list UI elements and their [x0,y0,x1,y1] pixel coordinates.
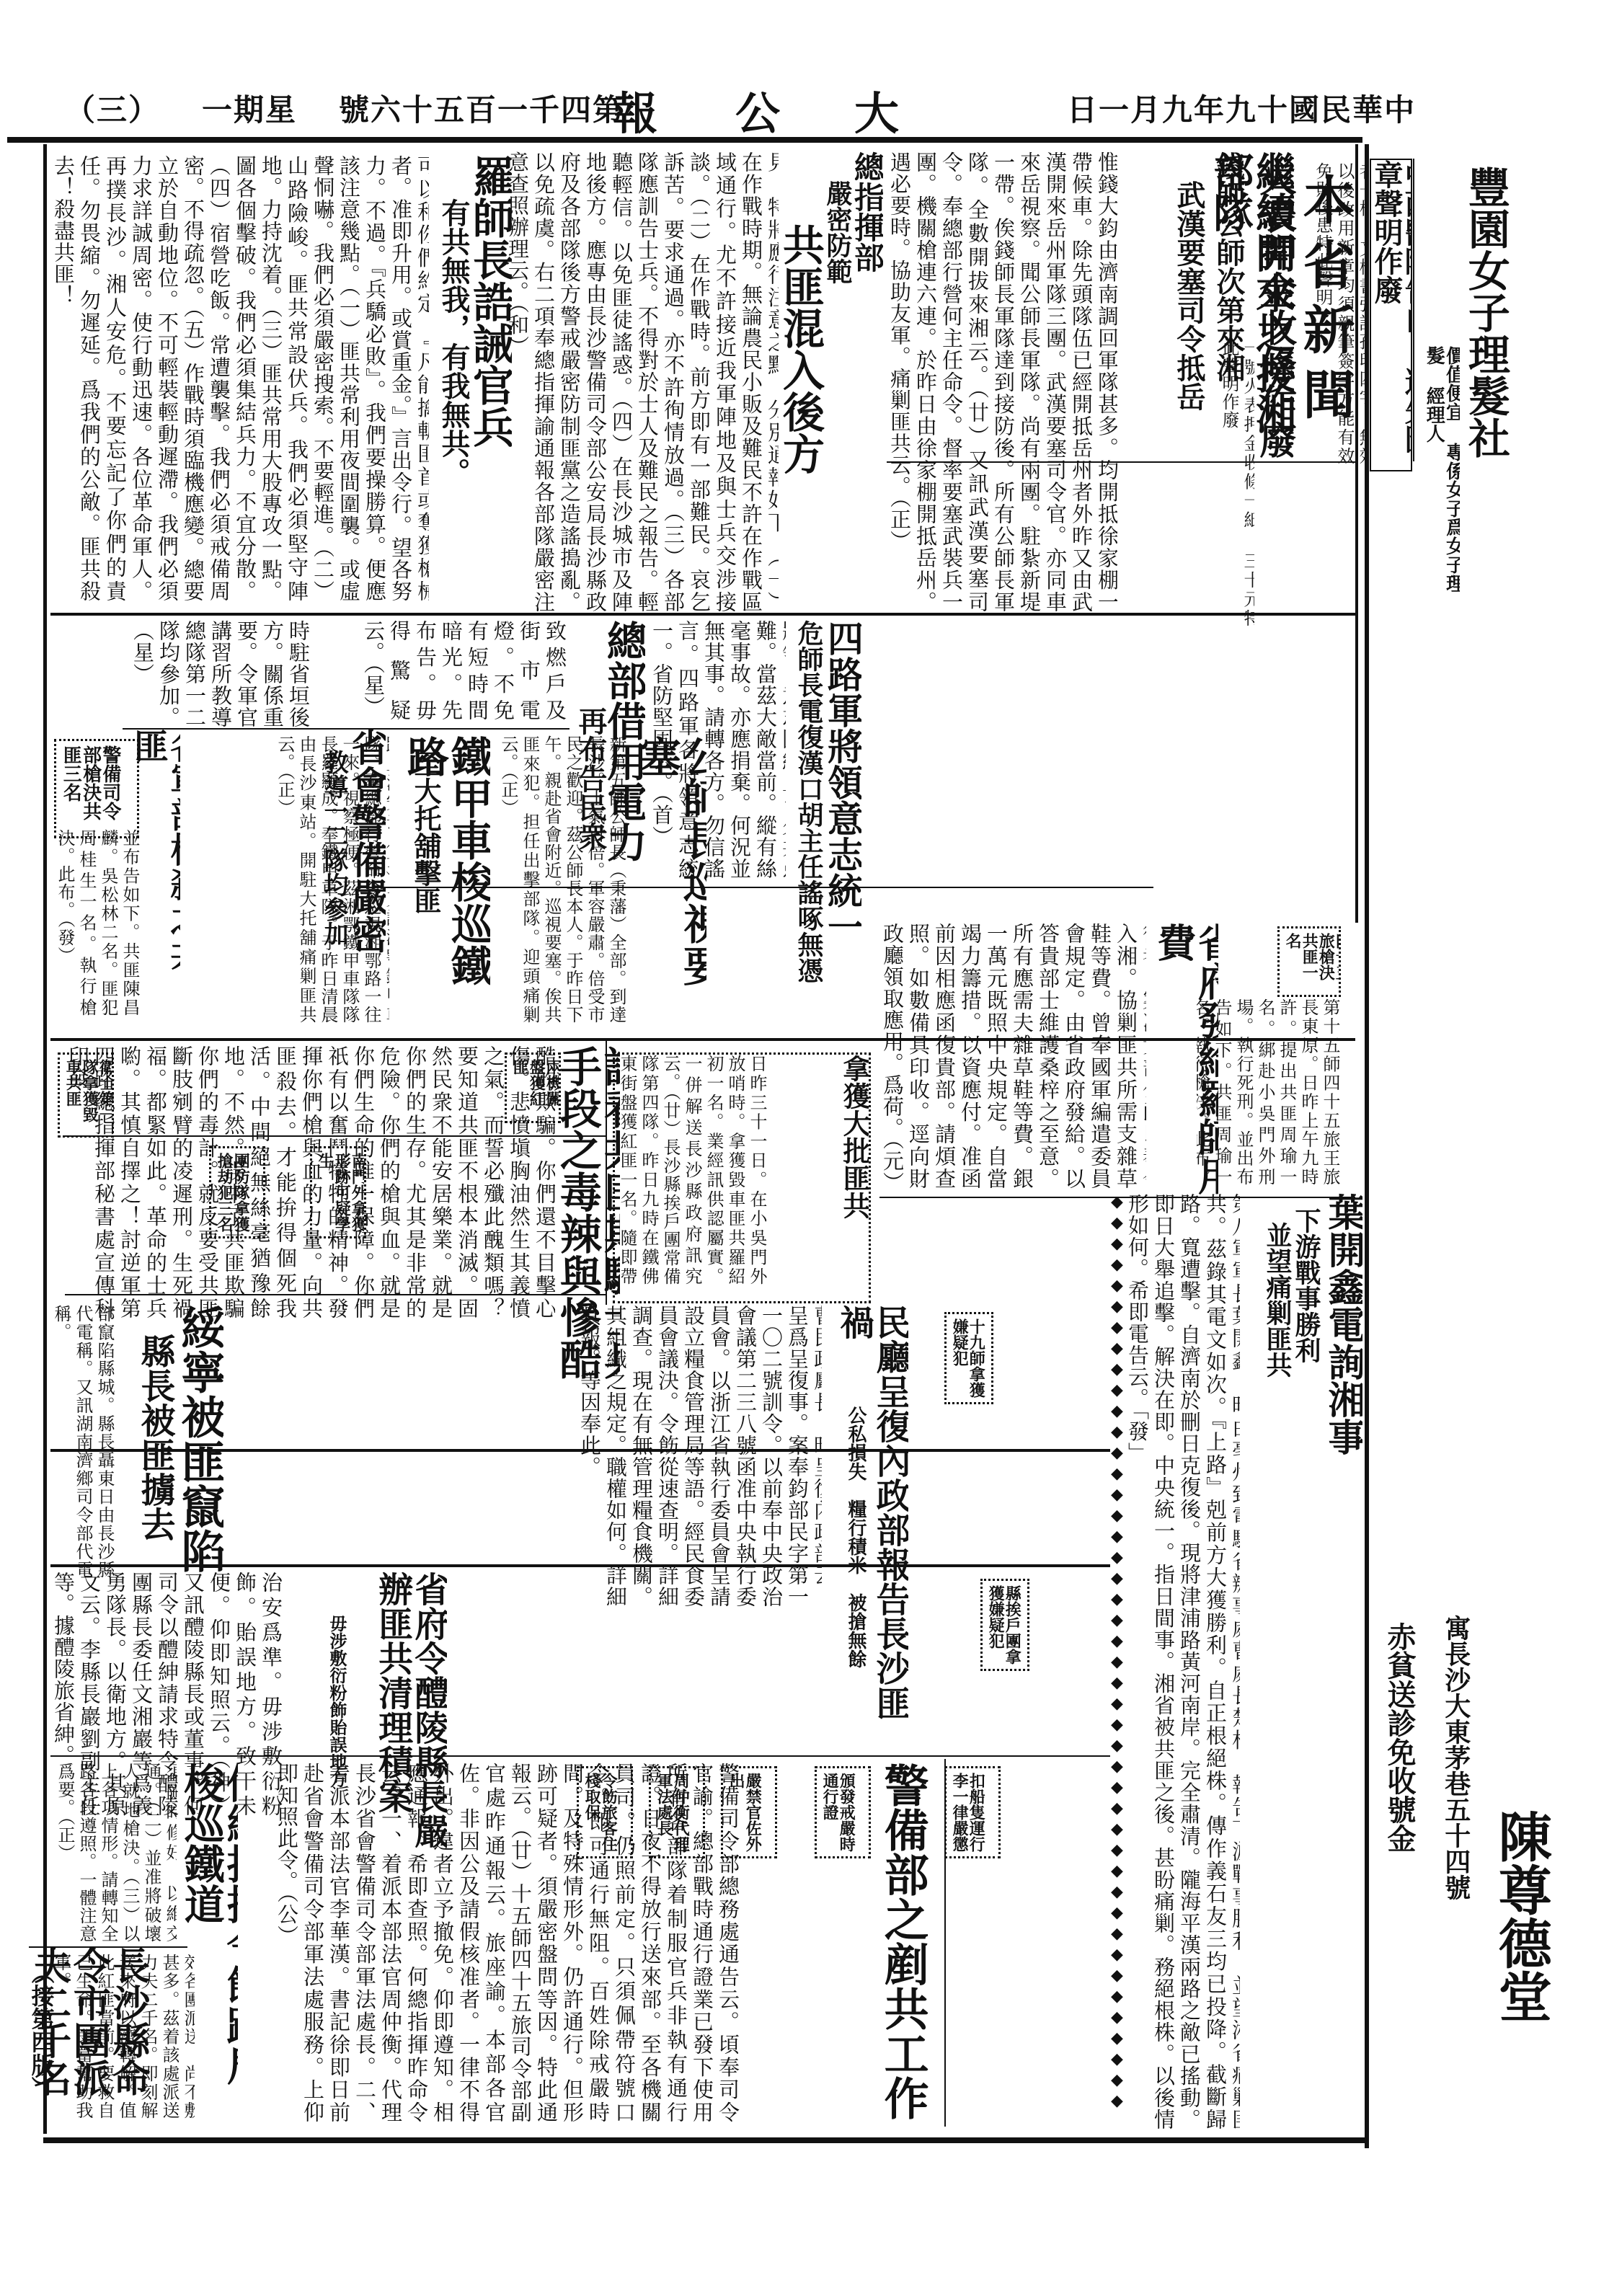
boxed-notice-text: 扣船隻運行李一律嚴懲 [951,1773,984,1852]
divider [887,461,1355,463]
subhead: 有共無我，有我無共。 [438,198,469,487]
article-soldiers-body: 第八軍軍長葉開鑫。昨由亳州致電駐省辦事處曹處長楚材。報告下游戰事勝利。並望湘省痛… [1125,1193,1240,2130]
boxed-notice-text: 四十五旅槍決共匪一名 [1284,933,1341,990]
article-electricity-body: 四路軍總部。以近郊所敷電網。須借用電燈公司電力。不免暗滅。時用戶電燈。有時須借用… [360,620,570,721]
ad-hospital-title: 中西醫院告白 遺失圖章聲明作廢 [1371,160,1412,470]
boxed-notice-text: 衛士第一隊拿獲毀車共匪 [64,1059,114,1131]
subhead: 公私損失 糧行積米 被搶無餘 [846,1406,865,1668]
divider [123,728,570,730]
article-reinforcements-body: 昨有自武漢來湘者云。近日武漢市面異常安靜。惟錢大鈞由濟南調回軍隊甚多。均開抵徐家… [887,151,1117,613]
article-body: 何總指揮昨命令第三段彭段長延盤云。（一）請派貴段于段內路隊並多派工匠。對于段內巡… [54,1763,177,1943]
article-soldiers-head: 葉開鑫電詢湘事 下游戰事勝利 並望痛剿匪共 [1240,1193,1362,1626]
continue-note: （接第四版） [29,1961,53,2099]
headline: 共匪混入後方 [782,223,822,474]
article-report-head: 民廳呈復內政部報告長沙匪禍 公私損失 糧行積米 被搶無餘 [829,1305,908,1737]
boxed-notice-4: 南門外拿獲形跡可疑學生 [310,1146,366,1238]
article-luo-body: 新編二十二師師長羅霖近以紅匪企圖再犯長沙。特調所部易胡席三旅。移駐省會近郊羅漢莊… [50,155,429,602]
section-title: 本省新聞 [1298,173,1352,433]
article-body: 第十五師四十五旅王旅長東原。日昨上午九時許。提出共匪周瑜一名。綁赴小吳門外刑場。… [1197,998,1341,1186]
ad-hair-salon-sub: 價值便宜 專係女子爲女子理髮 經理人 [1424,346,1460,598]
diamond-border-decoration: ◆◆◆◆◆◆◆◆◆◆◆◆◆◆◆◆◆◆◆◆◆◆◆◆◆◆◆◆◆◆◆◆◆◆◆◆◆◆◆◆… [1110,1193,1126,2130]
article-gong-head: 公師長巡視要塞 [634,735,706,1024]
subhead: 總指揮部 [851,151,883,272]
ad-divider [1413,159,1414,461]
article-bandits-rear-head: 總指揮部 嚴密防範 共匪混入後方 [782,151,883,613]
article-body: 省政府。昨復函第二十二師羅霖師長。發給協剿匪共費用洋一萬元。其文如下。逕復者。案… [879,923,1146,1189]
boxed-notice-11: 頒發戒嚴時通行證 [815,1766,871,1858]
boxed-notice-text: 周仲衡代理軍法處長 [655,1773,688,1852]
boxed-notice-text: 令飭旅客住棧取保 [583,1773,616,1852]
weekday: 星期一 [202,87,297,130]
issue-number: 第四千一百五十六號 [339,87,624,130]
subhead: 下游戰事勝利 [1292,1207,1319,1363]
ad-hospital: 中西醫院告白 遺失圖章聲明作廢 [1370,159,1412,471]
article-body: 新第五師公師長（秉藩）全部。到達長沙。士氣百倍。軍容嚴肅。倍受市民之歡迎。茲公師… [497,735,627,1024]
ad-clinic: 赤貧送診免收號金 [1384,1622,1427,1910]
boxed-notice-5: 團防隊拿獲搶劫犯三名 [209,1146,265,1238]
subhead: 危師長電復漢口胡主任謠啄無憑 [794,620,822,983]
subhead: 錢師公師次第來湘 [1213,151,1244,382]
article-report-body: 曹民政廳長。昨呈復內政部云。呈爲呈復事。案奉鈞部民字第一一〇二號訓令。以前奉中央… [577,1305,822,1608]
article-gong-body: 新第五師公師長（秉藩）全部。到達長沙。士氣百倍。軍容嚴肅。倍受市民之歡迎。茲公師… [497,735,631,1024]
article-reinforcements-head: 繼續開來之援湘部隊 錢師公師次第來湘 武漢要塞司令抵岳 [1121,151,1294,454]
ad-hair-salon-sub-wrap: 價值便宜 專係女子爲女子理髮 經理人 [1424,346,1460,598]
subhead: 縣長被匪擄去 [137,1334,173,1541]
article-garrison-body: 警備司令部總務處通告云。頃奉司令官諭。總部戰時通行證業已發下使用所有各部隊着制服… [274,1763,872,2123]
left-border [43,144,47,2134]
ad-clinic-addr-wrap: 寓長沙大東茅巷五十四號 [1442,1615,1485,1990]
boxed-notice-text: 嚴禁官佐外出 [727,1773,761,1852]
headline: 羅師長誥誡官兵 [468,155,512,448]
article-luo-body-cont [865,620,1355,908]
ad-clinic-name-wrap: 陳尊德堂 [1492,1809,1564,2098]
section-title-wrap: 本省新聞 [1298,173,1355,476]
boxed-notice-9: 周仲衡代理軍法處長 [649,1766,705,1858]
article-garrison-head: 警備部之剷共工作 [879,1763,937,2123]
divider [29,1946,187,1948]
article-body: 昨有自武漢來湘者云。近日武漢市面異常安靜。惟錢大鈞由濟南調回軍隊甚多。均開抵徐家… [887,151,1117,613]
ad-hair-salon: 豐園女子理髮社 [1463,166,1543,469]
headline: 省府發給羅師用費 [1153,923,1218,1197]
boxed-notice-text: 十九師拿獲嫌疑犯 [951,1318,984,1398]
divider [65,1135,606,1137]
article-armored-train-head: 鐵甲車梭巡鐵路 至大托舖擊匪 [389,735,490,1024]
article-armored-train-body: 湘鄂號鐵甲車。已開來省。昨聞該隊長羅顯誠奉令担任長岳間鐵路治安。決定每日來往長岳… [274,735,389,1024]
boxed-notice-12: 扣船隻運行李一律嚴懲 [944,1766,1001,1858]
ad-clinic-name: 陳尊德堂 [1492,1809,1548,2023]
boxed-notice-text: 警備司令部槍決共匪三名 [61,745,120,832]
paper-name-char-da: 大 [854,78,900,142]
column-divider [944,1759,946,2127]
ad-clinic-title: 赤貧送診免收號金 [1384,1622,1414,1853]
boxed-notice-10: 令飭旅客住棧取保 [577,1766,633,1858]
article-police-body: 省會治安。自匪緊張之後。除原有警備司令部。嚴密維護外。並調集教導第一二兩團。王（… [130,620,310,728]
headline: 葉開鑫電詢湘事 [1323,1193,1362,1455]
article-laborers-body: 長沙縣政府昨命令長沙市團聯合辦事處云。（一）大舉剿匪。現值國軍雲集。所有軍用物品… [50,1954,195,2119]
headline: 警備部之剷共工作 [879,1763,926,2120]
band-divider-4 [50,1564,1110,1567]
column-divider [606,1038,607,1305]
article-body: 省會警備司令部。昨午監提共匪陳昌麟。吳松林。二名匪犯周桂生一名。在小吳門外槍決。… [54,829,141,1016]
article-bandits-rear-body: 總指揮部參謀處通報各部隊云。（一）頃據戴旅馬某由瀏陽匪軍逃回報稱。該兵隨匪同行止… [505,151,779,613]
boxed-notice-text: 南門外拿獲形跡可疑學生 [316,1153,366,1232]
article-railway-body: 何總指揮昨命令第三段彭段長延盤云。（一）請派貴段于段內路隊並多派工匠。對于段內巡… [54,1763,177,1943]
article-luo-head: 羅師長誥誡官兵 有共無我，有我無共。 [433,155,512,616]
article-suining-body: 綏寧縣併處邊陲。近以顏逆仁毅匪患。康濟率團隊堵擊。縣長聶茲錄湘鄉司令部頃據綏寧縣… [50,1305,115,1579]
page-number: （三） [65,87,160,130]
boxed-notice-7: 縣挨戶團拿獲嫌疑犯 [980,1579,1029,1671]
article-execute-45: 四十五旅槍決共匪一名 第十五師四十五旅王旅長東原。日昨上午九時許。提出共匪周瑜一… [1197,926,1341,1186]
subhead: 並望痛剿匪共 [1263,1222,1290,1378]
band-divider-5 [50,1755,1110,1757]
article-body: 第八軍軍長葉開鑫。昨由亳州致電駐省辦事處曹處長楚材。報告下游戰事勝利。並望湘省痛… [1125,1193,1240,2130]
bottom-border [43,2137,1366,2143]
article-body: 長沙縣政府昨命令長沙市團聯合辦事處云。（一）大舉剿匪。現值國軍雲集。所有軍用物品… [50,1954,195,2119]
subhead: 武漢要塞司令抵岳 [1174,180,1204,411]
news-border [1355,144,1358,923]
boxed-notice-8: 嚴禁官佐外出 [721,1766,777,1858]
article-luo-funds-head: 省府發給羅師用費 [1153,923,1218,1197]
article-body: 四路軍總部。以近郊所敷電網。須借用電燈公司電力。不免暗滅。時用戶電燈。有時須借用… [360,620,570,721]
issue-date: 中華民國十九年九月一日 [1067,87,1416,130]
paper-name-char-bao: 報 [613,78,659,142]
article-body: 曹民政廳長。昨呈復內政部云。呈爲呈復事。案奉鈞部民字第一一〇二號訓令。以前奉中央… [577,1305,822,1608]
headline: 四路軍將領意志統一 [824,620,862,944]
boxed-notice-text: 頒發戒嚴時通行證 [821,1773,854,1852]
article-execute-four-body: 省會警備司令部。昨午監提共匪陳昌麟。吳松林。二名匪犯周桂生一名。在小吳門外槍決。… [54,829,141,1016]
continue-note-wrap: （接第四版） [29,1961,65,2119]
subhead: 毋涉敷衍粉飾貽誤地方 [328,1615,346,1788]
boxed-notice-1: 警備司令部槍決共匪三名 [54,739,139,838]
ad-hair-salon-title: 豐園女子理髮社 [1463,166,1507,458]
article-body: 綏寧縣併處邊陲。近以顏逆仁毅匪患。康濟率團隊堵擊。縣長聶茲錄湘鄉司令部頃據綏寧縣… [50,1305,115,1579]
divider [65,1294,606,1295]
subhead: 至大托舖擊匪 [411,750,440,914]
headline: 拿獲大批匪共 [840,1055,869,1219]
boxed-notice-text: 縣挨戶團拿獲嫌疑犯 [987,1585,1020,1665]
article-body: 總指揮部參謀處通報各部隊云。（一）頃據戴旅馬某由瀏陽匪軍逃回報稱。該兵隨匪同行止… [505,151,779,613]
article-body: 日昨三十一日。在小吳門外放哨時。拿獲毀車匪共羅紹初一名。業經訊供認屬實。一併解送… [624,1055,768,1285]
boxed-notice-2: 兩機關盤獲紅匪 [505,1052,561,1123]
headline: 公師長巡視要塞 [634,735,706,1024]
boxed-notice-text: 兩機關盤獲紅匪 [511,1059,561,1117]
subhead: 嚴密防範 [823,180,851,284]
band-divider-1 [50,613,1355,616]
article-body: 省會治安。自匪緊張之後。除原有警備司令部。嚴密維護外。並調集教導第一二兩團。王（… [130,620,310,728]
article-luo-funds-body: 省政府。昨復函第二十二師羅霖師長。發給協剿匪共費用洋一萬元。其文如下。逕復者。案… [879,923,1146,1189]
boxed-notice-6: 十九師拿獲嫌疑犯 [944,1312,993,1404]
masthead-rule [7,137,1362,143]
paper-name-char-gong: 公 [735,78,781,142]
article-body: 新編二十二師師長羅霖近以紅匪企圖再犯長沙。特調所部易胡席三旅。移駐省會近郊羅漢莊… [50,155,429,602]
article-ye-telegram: 拿獲大批匪共 日昨三十一日。在小吳門外放哨時。拿獲毀車匪共羅紹初一名。業經訊供認… [613,1052,871,1303]
boxed-notice-text: 團防隊拿獲搶劫犯三名 [216,1153,249,1232]
article-four-generals-head: 四路軍將領意志統一 危師長電復漢口胡主任謠啄無憑 [793,620,861,1024]
boxed-notice-execute-45: 四十五旅槍決共匪一名 [1277,926,1341,997]
article-body: 湘鄂號鐵甲車。已開來省。昨聞該隊長羅顯誠奉令担任長岳間鐵路治安。決定每日來往長岳… [274,735,389,1024]
ad-clinic-addr: 寓長沙大東茅巷五十四號 [1442,1615,1469,1900]
boxed-notice-3: 衛士第一隊拿獲毀車共匪 [58,1052,114,1138]
headline: 綏寧被匪竄陷 [177,1305,223,1573]
